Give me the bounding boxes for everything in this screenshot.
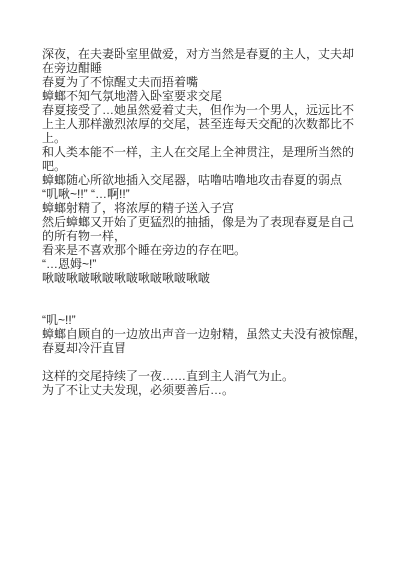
text-line: “…恩姆~!” [42,257,382,271]
text-line: 上。 [42,131,382,145]
story-text-block: 深夜，在夫妻卧室里做爱，对方当然是春夏的主人，丈夫却 在旁边酣睡 春夏为了不惊醒… [42,47,382,397]
text-line: 这样的交尾持续了一夜……直到主人消气为止。 [42,369,382,383]
blank-line [42,285,382,299]
text-line: 春夏为了不惊醒丈夫而捂着嘴 [42,75,382,89]
text-line: 看来是不喜欢那个睡在旁边的存在吧。 [42,243,382,257]
text-line: 深夜，在夫妻卧室里做爱，对方当然是春夏的主人，丈夫却 [42,47,382,61]
text-line: 蟑螂射精了，将浓厚的精子送入子宫 [42,201,382,215]
text-line: “叽啾~!!” “…啊!!” [42,187,382,201]
text-line: 蟑螂随心所欲地插入交尾器，咕噜咕噜地攻击春夏的弱点 [42,173,382,187]
text-line: “叽~!!” [42,313,382,327]
blank-line [42,299,382,313]
text-line: 春夏接受了…她虽然爱着丈夫，但作为一个男人，远远比不 [42,103,382,117]
text-line: 蟑螂不知气氛地潜入卧室要求交尾 [42,89,382,103]
text-line: 在旁边酣睡 [42,61,382,75]
text-line: 春夏却冷汗直冒 [42,341,382,355]
text-line: 然后蟑螂又开始了更猛烈的抽插，像是为了表现春夏是自己 [42,215,382,229]
text-line: 和人类本能不一样，主人在交尾上全神贯注，是理所当然的 [42,145,382,159]
text-line: 吧。 [42,159,382,173]
text-line: 啾啵啾啵啾啵啾啵啾啵啾啵啾啵 [42,271,382,285]
text-line: 上主人那样激烈浓厚的交尾，甚至连每天交配的次数都比不 [42,117,382,131]
blank-line [42,355,382,369]
text-line: 蟑螂自顾自的一边放出声音一边射精，虽然丈夫没有被惊醒， [42,327,382,341]
text-line: 为了不让丈夫发现，必须要善后…。 [42,383,382,397]
text-line: 的所有物一样， [42,229,382,243]
